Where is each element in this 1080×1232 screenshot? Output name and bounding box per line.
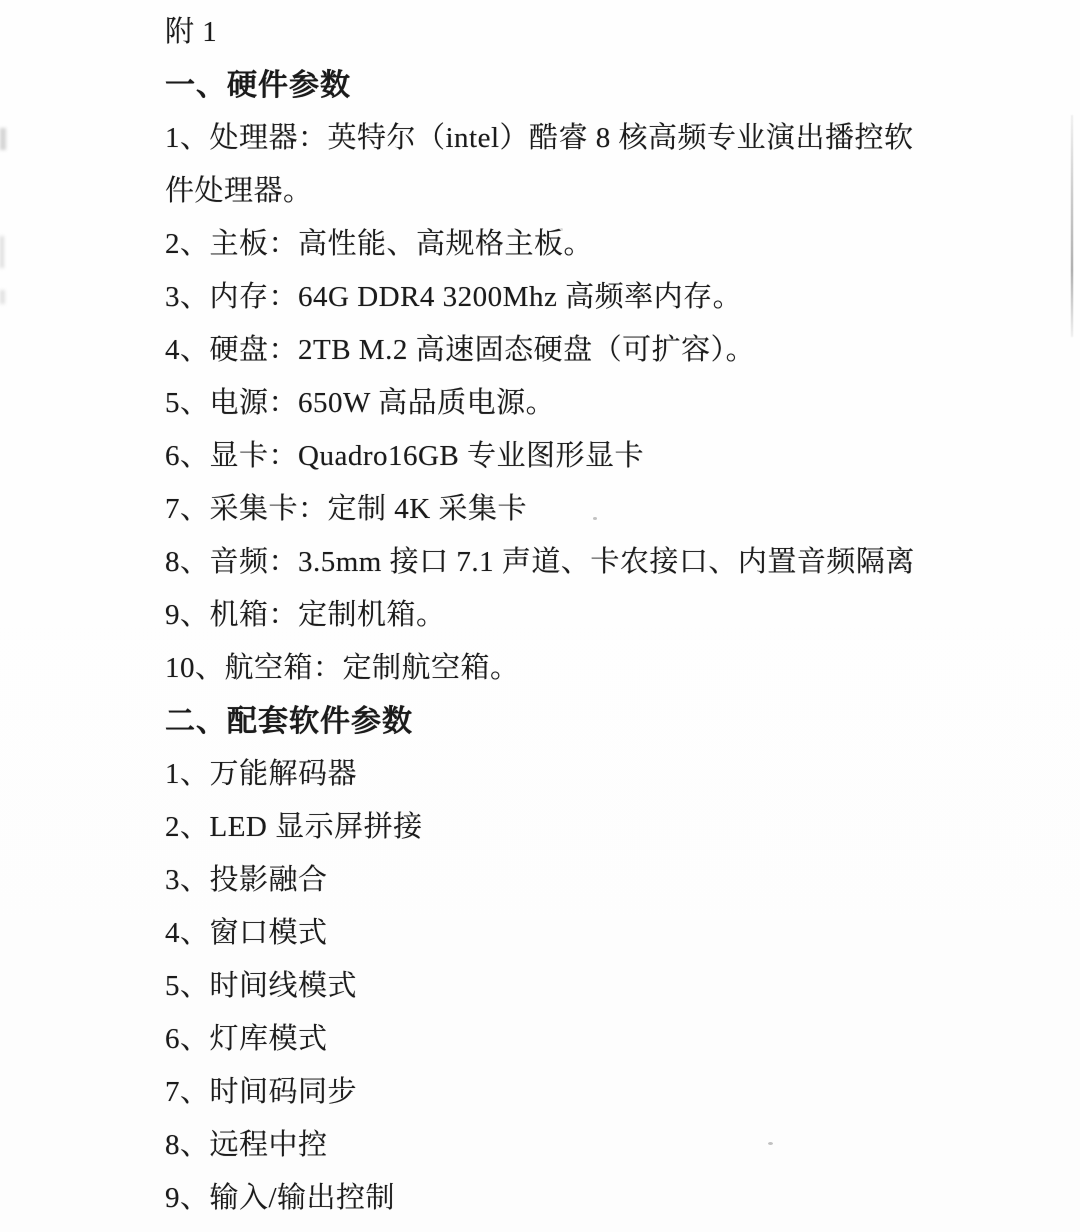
scan-speck-3 <box>560 228 563 231</box>
software-item-window-mode: 4、窗口模式 <box>165 907 1045 960</box>
scan-smudge-left-low <box>0 290 5 304</box>
software-item-decoder: 1、万能解码器 <box>165 748 1045 801</box>
hardware-item-processor-line2: 件处理器。 <box>165 165 1045 218</box>
software-item-timecode-sync: 7、时间码同步 <box>165 1066 1045 1119</box>
scan-streak-right-edge <box>1071 115 1073 337</box>
software-item-light-library-mode: 6、灯库模式 <box>165 1013 1045 1066</box>
software-item-led-splicing: 2、LED 显示屏拼接 <box>165 801 1045 854</box>
hardware-item-gpu: 6、显卡：Quadro16GB 专业图形显卡 <box>165 430 1045 483</box>
attachment-label: 附 1 <box>165 6 1045 59</box>
hardware-item-flight-case: 10、航空箱：定制航空箱。 <box>165 642 1045 695</box>
scan-speck-1 <box>593 517 597 520</box>
hardware-item-audio: 8、音频：3.5mm 接口 7.1 声道、卡农接口、内置音频隔离 <box>165 536 1045 589</box>
hardware-item-capture-card: 7、采集卡：定制 4K 采集卡 <box>165 483 1045 536</box>
section-heading-software: 二、配套软件参数 <box>165 695 1045 748</box>
hardware-item-case: 9、机箱：定制机箱。 <box>165 589 1045 642</box>
software-item-timeline-mode: 5、时间线模式 <box>165 960 1045 1013</box>
scan-smudge-left-top <box>0 128 6 150</box>
hardware-item-processor-line1: 1、处理器：英特尔（intel）酷睿 8 核高频专业演出播控软 <box>165 112 1045 165</box>
software-item-io-control: 9、输入/输出控制 <box>165 1172 1045 1225</box>
software-item-projection-fusion: 3、投影融合 <box>165 854 1045 907</box>
hardware-item-memory: 3、内存：64G DDR4 3200Mhz 高频率内存。 <box>165 271 1045 324</box>
section-heading-hardware: 一、硬件参数 <box>165 59 1045 112</box>
scan-speck-2 <box>768 1142 773 1145</box>
scanned-document-page: 附 1 一、硬件参数 1、处理器：英特尔（intel）酷睿 8 核高频专业演出播… <box>0 0 1080 1232</box>
hardware-item-disk: 4、硬盘：2TB M.2 高速固态硬盘（可扩容）。 <box>165 324 1045 377</box>
hardware-item-motherboard: 2、主板：高性能、高规格主板。 <box>165 218 1045 271</box>
document-body: 附 1 一、硬件参数 1、处理器：英特尔（intel）酷睿 8 核高频专业演出播… <box>165 6 1045 1225</box>
scan-smudge-left-mid <box>0 236 4 268</box>
software-item-remote-control: 8、远程中控 <box>165 1119 1045 1172</box>
hardware-item-power: 5、电源：650W 高品质电源。 <box>165 377 1045 430</box>
